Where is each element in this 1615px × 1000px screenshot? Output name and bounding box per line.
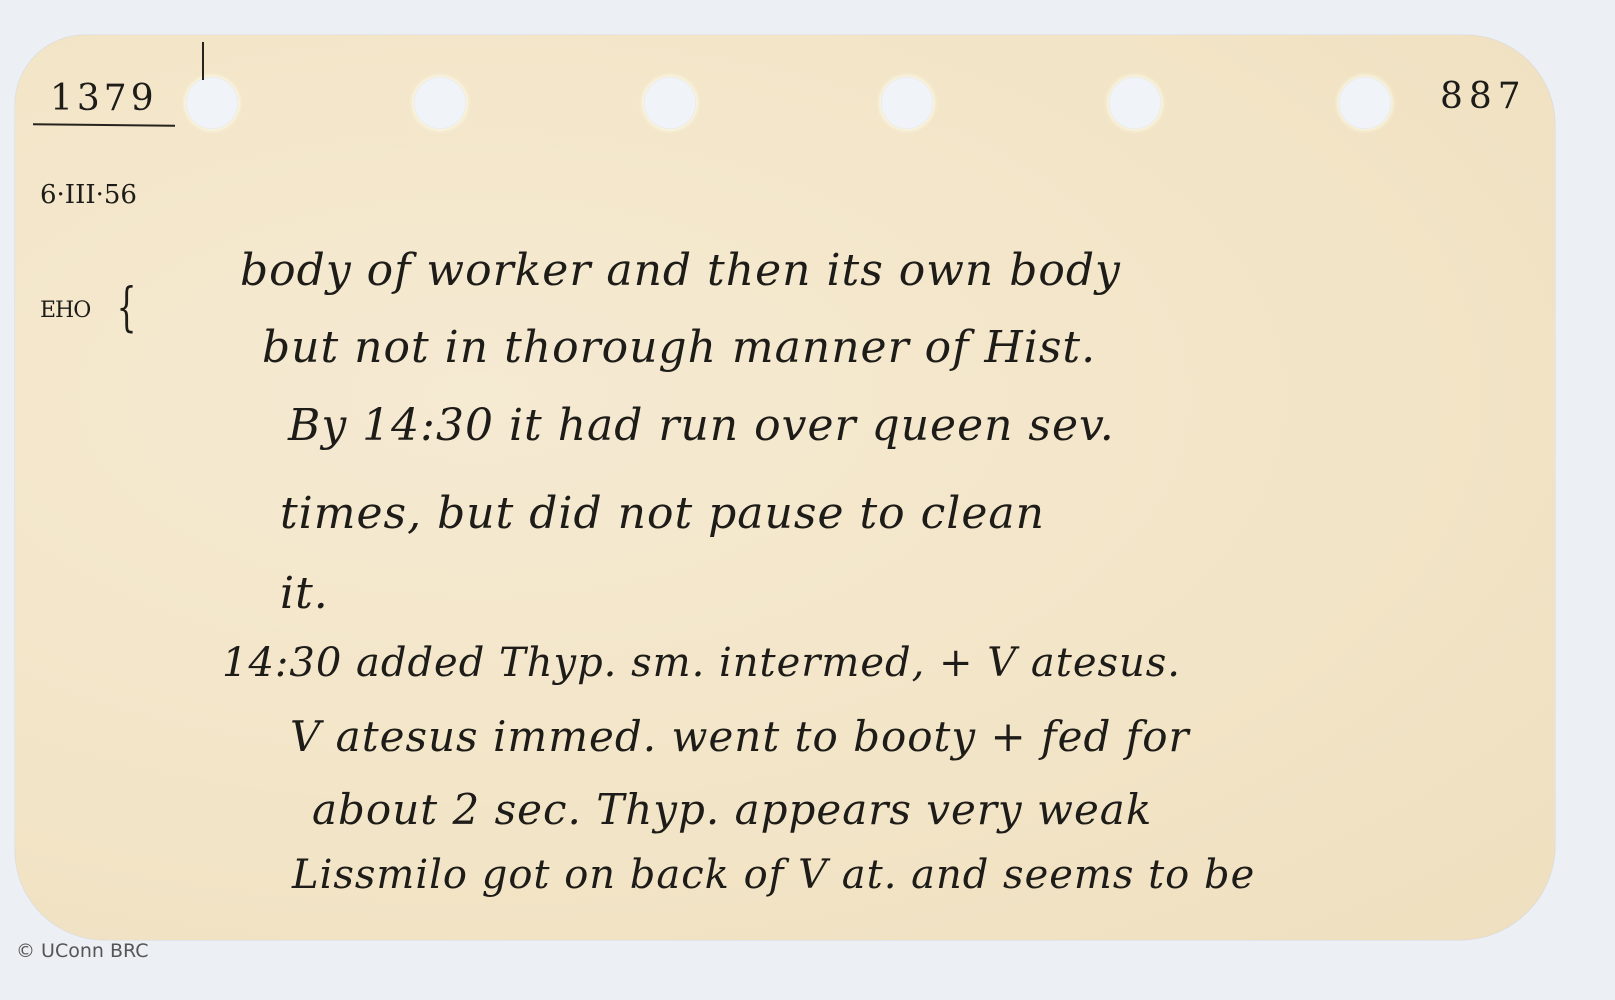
note-line-2: but not in thorough manner of Hist.: [262, 322, 1096, 373]
page-number: 887: [1440, 76, 1527, 117]
note-line-3: By 14:30 it had run over queen sev.: [288, 400, 1115, 451]
copyright-credit: © UConn BRC: [16, 940, 149, 962]
note-line-8: about 2 sec. Thyp. appears very weak: [312, 785, 1152, 834]
punch-hole: [1339, 77, 1391, 129]
card-number: 1379: [50, 78, 158, 119]
brace-icon: {: [117, 278, 137, 338]
note-line-6: 14:30 added Thyp. sm. intermed, + V ates…: [222, 640, 1181, 686]
entry-date: 6·III·56: [40, 180, 137, 210]
margin-tick-mark: [202, 42, 204, 80]
note-line-7: V atesus immed. went to booty + fed for: [290, 712, 1190, 761]
punch-hole: [414, 77, 466, 129]
punch-hole: [644, 77, 696, 129]
note-line-5: it.: [280, 568, 329, 619]
note-line-1: body of worker and then its own body: [240, 245, 1121, 296]
punch-hole: [881, 77, 933, 129]
note-line-4: times, but did not pause to clean: [280, 488, 1045, 539]
note-line-9: Lissmilo got on back of V at. and seems …: [292, 852, 1255, 898]
punch-hole: [186, 77, 238, 129]
observer-initials: EHO: [40, 298, 90, 323]
punch-hole: [1109, 77, 1161, 129]
